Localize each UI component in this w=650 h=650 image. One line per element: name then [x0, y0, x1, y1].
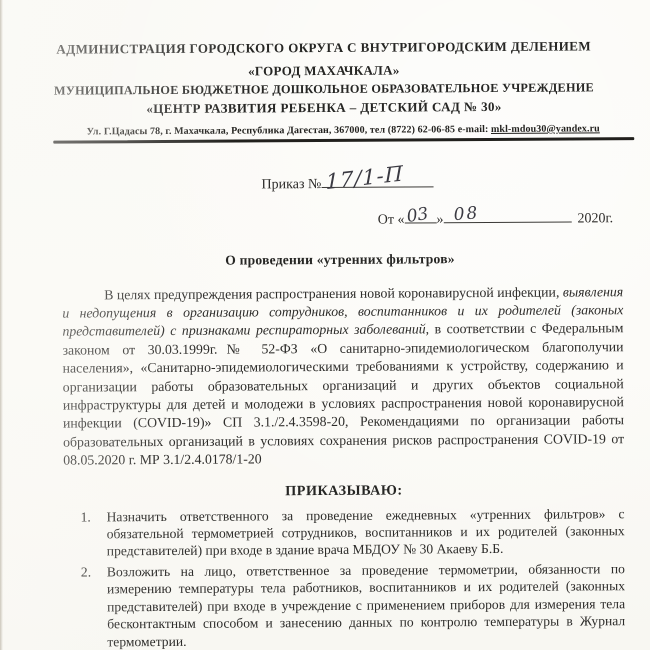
- order-number-line: Приказ №17/1-П: [261, 170, 649, 192]
- preamble-part1: В целях предупреждения распространения н…: [104, 284, 563, 302]
- decree-heading: ПРИКАЗЫВАЮ:: [63, 481, 624, 501]
- date-year: 2020г.: [577, 211, 613, 226]
- document-content: АДМИНИСТРАЦИЯ ГОРОДСКОГО ОКРУГА С ВНУТРИ…: [0, 0, 650, 650]
- order-items-list: 1. Назначить ответственного за проведени…: [81, 505, 626, 650]
- date-day-blank: 03: [404, 207, 436, 223]
- order-item-2-text: Возложить на лицо, ответственное за пров…: [107, 560, 626, 650]
- contact-email: mkl-mdou30@yandex.ru: [491, 123, 600, 135]
- contact-address: Ул. Г.Цадасы 78, г. Махачкала, Республик…: [87, 124, 491, 137]
- org-city-line: «ГОРОД МАХАЧКАЛА»: [17, 61, 631, 81]
- date-day-handwritten: 03: [405, 204, 429, 227]
- org-institution-line: МУНИЦИПАЛЬНОЕ БЮДЖЕТНОЕ ДОШКОЛЬНОЕ ОБРАЗ…: [17, 80, 631, 99]
- org-administration-line: АДМИНИСТРАЦИЯ ГОРОДСКОГО ОКРУГА С ВНУТРИ…: [17, 38, 631, 58]
- scanned-document-sheet: АДМИНИСТРАЦИЯ ГОРОДСКОГО ОКРУГА С ВНУТРИ…: [0, 0, 650, 650]
- date-from-label: От «: [378, 212, 405, 227]
- order-item-2: 2. Возложить на лицо, ответственное за п…: [81, 560, 626, 650]
- preamble-paragraph: В целях предупреждения распространения н…: [62, 283, 624, 470]
- order-item-2-number: 2.: [81, 563, 108, 650]
- preamble-part3: в соответствии с Федеральным законом от …: [62, 321, 624, 468]
- order-number-label: Приказ №: [261, 177, 321, 192]
- order-date-line: От «03»082020г.: [378, 206, 650, 232]
- date-month-handwritten: 08: [453, 203, 480, 225]
- contact-line: Ул. Г.Цадасы 78, г. Махачкала, Республик…: [53, 123, 633, 138]
- order-item-1-text: Назначить ответственного за проведение е…: [107, 505, 625, 560]
- org-kindergarten-line: «ЦЕНТР РАЗВИТИЯ РЕБЕНКА – ДЕТСКИЙ САД № …: [17, 98, 631, 118]
- letterhead: АДМИНИСТРАЦИЯ ГОРОДСКОГО ОКРУГА С ВНУТРИ…: [17, 38, 631, 118]
- order-item-1-number: 1.: [81, 508, 107, 560]
- order-number-blank: 17/1-П: [321, 171, 433, 188]
- order-item-1: 1. Назначить ответственного за проведени…: [81, 505, 625, 561]
- order-subject-title: О проведении «утренних фильтров»: [56, 250, 624, 269]
- date-month-blank: 08: [443, 206, 571, 223]
- letterhead-rule: [53, 137, 634, 143]
- order-number-handwritten: 17/1-П: [325, 161, 403, 194]
